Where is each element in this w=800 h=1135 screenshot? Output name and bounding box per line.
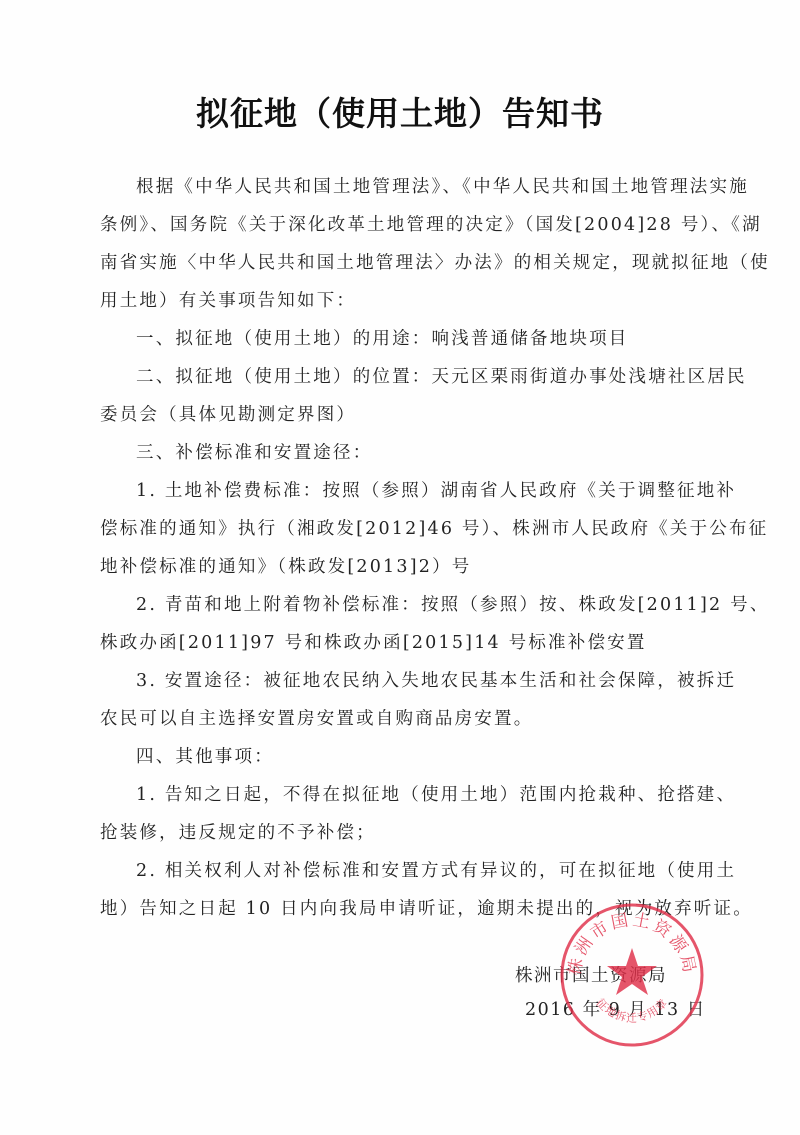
list-item-3-3: 3. 安置途径：被征地农民纳入失地农民基本生活和社会保障，被拆迁 xyxy=(136,669,700,693)
section-heading-1: 一、拟征地（使用土地）的用途：响浅普通储备地块项目 xyxy=(136,327,700,351)
paragraph-line: 南省实施〈中华人民共和国土地管理法〉办法》的相关规定，现就拟征地（使 xyxy=(100,251,700,275)
issuer-name: 株洲市国土资源局 xyxy=(515,962,667,987)
document-page: 拟征地（使用土地）告知书 根据《中华人民共和国土地管理法》、《中华人民共和国土地… xyxy=(0,0,800,1135)
issue-date: 2016 年 9 月 13 日 xyxy=(525,996,706,1021)
section-heading-3: 三、补偿标准和安置途径： xyxy=(136,441,700,465)
paragraph-line: 委员会（具体见勘测定界图） xyxy=(100,403,700,427)
paragraph-line: 地补偿标准的通知》（株政发[2013]2）号 xyxy=(100,555,700,579)
paragraph-line: 地）告知之日起 10 日内向我局申请听证，逾期未提出的，视为放弃听证。 xyxy=(100,897,700,921)
list-item-3-2: 2. 青苗和地上附着物补偿标准：按照（参照）按、株政发[2011]2 号、 xyxy=(136,593,700,617)
paragraph-line: 条例》、国务院《关于深化改革土地管理的决定》（国发[2004]28 号）、《湖 xyxy=(100,213,700,237)
paragraph-line: 抢装修，违反规定的不予补偿； xyxy=(100,821,700,845)
paragraph-line: 株政办函[2011]97 号和株政办函[2015]14 号标准补偿安置 xyxy=(100,631,700,655)
list-item-4-2: 2. 相关权利人对补偿标准和安置方式有异议的，可在拟征地（使用土 xyxy=(136,859,700,883)
paragraph-line: 农民可以自主选择安置房安置或自购商品房安置。 xyxy=(100,707,700,731)
section-heading-2: 二、拟征地（使用土地）的位置：天元区栗雨街道办事处浅塘社区居民 xyxy=(136,365,700,389)
section-heading-4: 四、其他事项： xyxy=(136,745,700,769)
paragraph-line: 用土地）有关事项告知如下： xyxy=(100,289,700,313)
paragraph-line: 根据《中华人民共和国土地管理法》、《中华人民共和国土地管理法实施 xyxy=(136,175,700,199)
list-item-4-1: 1. 告知之日起，不得在拟征地（使用土地）范围内抢栽种、抢搭建、 xyxy=(136,783,700,807)
list-item-3-1: 1. 土地补偿费标准：按照（参照）湖南省人民政府《关于调整征地补 xyxy=(136,479,700,503)
paragraph-line: 偿标准的通知》执行（湘政发[2012]46 号）、株洲市人民政府《关于公布征 xyxy=(100,517,700,541)
document-title: 拟征地（使用土地）告知书 xyxy=(0,88,800,135)
